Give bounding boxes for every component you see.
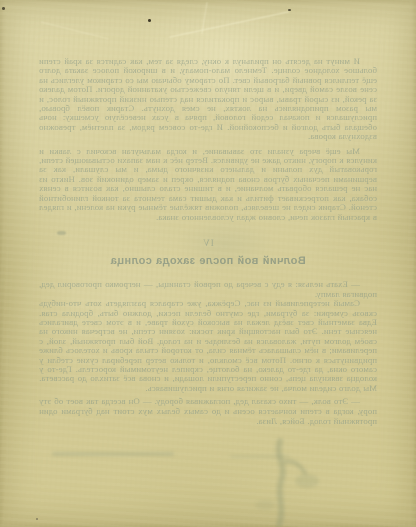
illustration-bleedthrough <box>225 435 345 527</box>
bleedthrough-paragraph: И минут на десять он прильнул к окну, сл… <box>39 57 377 142</box>
ink-speck <box>2 7 5 10</box>
paper-crease <box>41 22 109 40</box>
bleedthrough-text-layer: И минут на десять он прильнул к окну, сл… <box>39 57 377 426</box>
paper-crease <box>169 11 289 38</box>
bleedthrough-paragraph: — Ехать нельзя: я еду с вечера до первой… <box>39 280 377 299</box>
chapter-numeral: IV <box>39 239 377 248</box>
chapter-heading: Волчий вой после захода солнца <box>39 254 377 268</box>
ink-speck <box>36 518 38 520</box>
ink-speck <box>148 19 151 22</box>
bleedthrough-paragraph: Мы ещё вчера узнали это завывание, и ког… <box>39 147 377 222</box>
bleedthrough-paragraph: Самый нетерпеливый из нас, Серёжка, уже … <box>39 299 377 393</box>
ink-smudge <box>52 452 174 456</box>
bleedthrough-paragraph: — Это волк, — тихо сказал дед, поглажива… <box>39 397 377 426</box>
ink-speck <box>57 231 66 235</box>
ink-speck <box>288 9 291 11</box>
scanned-book-page: И минут на десять он прильнул к окну, сл… <box>0 0 416 527</box>
